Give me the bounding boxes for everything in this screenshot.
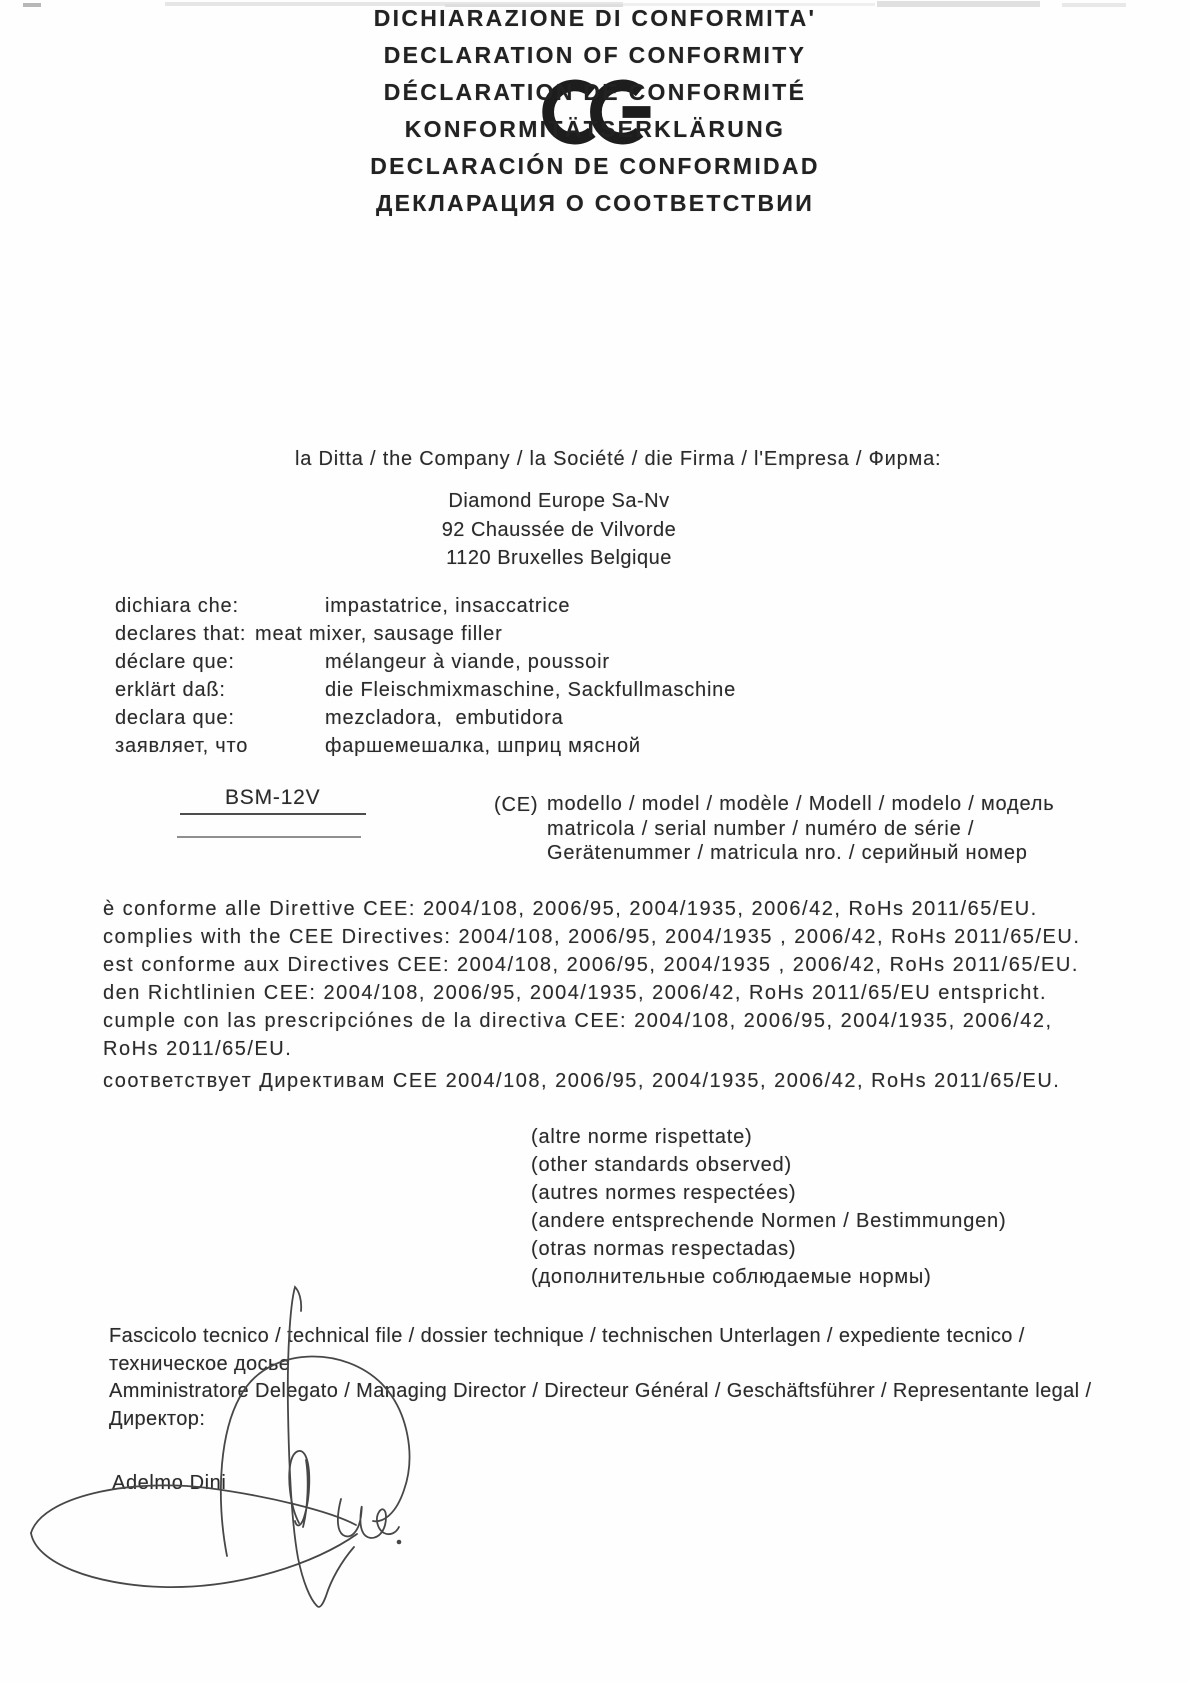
other-standards-italian: (altre norme rispettate) [531, 1123, 1006, 1151]
company-address-block: Diamond Europe Sa-Nv 92 Chaussée de Vilv… [0, 487, 1118, 573]
declaration-label: declara que: [115, 707, 235, 730]
directive-line-spanish-cont: RoHs 2011/65/EU. [103, 1038, 292, 1061]
declaration-value: mélangeur à viande, poussoir [325, 651, 610, 674]
model-caption-line: matricola / serial number / numéro de sé… [547, 817, 1054, 842]
document-title-block: DICHIARAZIONE DI CONFORMITA' DECLARATION… [0, 0, 1190, 222]
other-standards-english: (other standards observed) [531, 1151, 1006, 1179]
directive-line-french: est conforme aux Directives CEE: 2004/10… [103, 954, 1079, 977]
title-russian: ДЕКЛАРАЦИЯ О СООТВЕТСТВИИ [0, 185, 1190, 222]
company-city: 1120 Bruxelles Belgique [0, 544, 1118, 573]
title-french: DÉCLARATION DE CONFORMITÉ [0, 74, 1190, 111]
declaration-label: déclare que: [115, 651, 235, 674]
directive-line-italian: è conforme alle Direttive CEE: 2004/108,… [103, 898, 1038, 921]
declaration-value: фаршемешалка, шприц мясной [325, 735, 641, 758]
ce-prefix-label: (CE) [494, 794, 538, 817]
other-standards-block: (altre norme rispettate) (other standard… [531, 1123, 1006, 1291]
declaration-value: impastatrice, insaccatrice [325, 595, 570, 618]
company-intro-line: la Ditta / the Company / la Société / di… [295, 448, 941, 471]
title-german: KONFORMITÄTSERKLÄRUNG [0, 111, 1190, 148]
other-standards-french: (autres normes respectées) [531, 1179, 1006, 1207]
title-spanish: DECLARACIÓN DE CONFORMIDAD [0, 148, 1190, 185]
declaration-row: déclare que: mélangeur à viande, poussoi… [0, 651, 1190, 679]
other-standards-german: (andere entsprechende Normen / Bestimmun… [531, 1207, 1006, 1235]
model-number: BSM-12V [225, 786, 320, 810]
directive-line-russian: соответствует Директивам CEE 2004/108, 2… [103, 1070, 1060, 1093]
model-caption-line: Gerätenummer / matricula nro. / серийный… [547, 841, 1054, 866]
directive-line-german: den Richtlinien CEE: 2004/108, 2006/95, … [103, 982, 1047, 1005]
model-caption-line: modello / model / modèle / Modell / mode… [547, 792, 1054, 817]
declaration-row: dichiara che: impastatrice, insaccatrice [0, 595, 1190, 623]
serial-underline [177, 836, 361, 838]
company-name: Diamond Europe Sa-Nv [0, 487, 1118, 516]
declaration-label: заявляет, что [115, 735, 248, 758]
title-italian: DICHIARAZIONE DI CONFORMITA' [0, 0, 1190, 37]
title-english: DECLARATION OF CONFORMITY [0, 37, 1190, 74]
declaration-row: erklärt daß: die Fleischmixmaschine, Sac… [0, 679, 1190, 707]
declaration-of-conformity-page: DICHIARAZIONE DI CONFORMITA' DECLARATION… [0, 0, 1190, 1683]
declaration-value: meat mixer, sausage filler [255, 623, 503, 646]
directive-line-spanish: cumple con las prescripciónes de la dire… [103, 1010, 1053, 1033]
declaration-row: declares that: meat mixer, sausage fille… [0, 623, 1190, 651]
declaration-row: заявляет, что фаршемешалка, шприц мясной [0, 735, 1190, 763]
declaration-label: erklärt daß: [115, 679, 226, 702]
other-standards-spanish: (otras normas respectadas) [531, 1235, 1006, 1263]
declaration-value: die Fleischmixmaschine, Sackfullmaschine [325, 679, 736, 702]
model-underline [180, 813, 366, 815]
declaration-label: declares that: [115, 623, 246, 646]
other-standards-russian: (дополнительные соблюдаемые нормы) [531, 1263, 1006, 1291]
declaration-row: declara que: mezcladora, embutidora [0, 707, 1190, 735]
declaration-value: mezcladora, embutidora [325, 707, 564, 730]
declaration-label: dichiara che: [115, 595, 239, 618]
company-street: 92 Chaussée de Vilvorde [0, 516, 1118, 545]
model-caption-block: modello / model / modèle / Modell / mode… [547, 792, 1054, 866]
signature-scrawl [0, 1180, 560, 1640]
directive-line-english: complies with the CEE Directives: 2004/1… [103, 926, 1080, 949]
